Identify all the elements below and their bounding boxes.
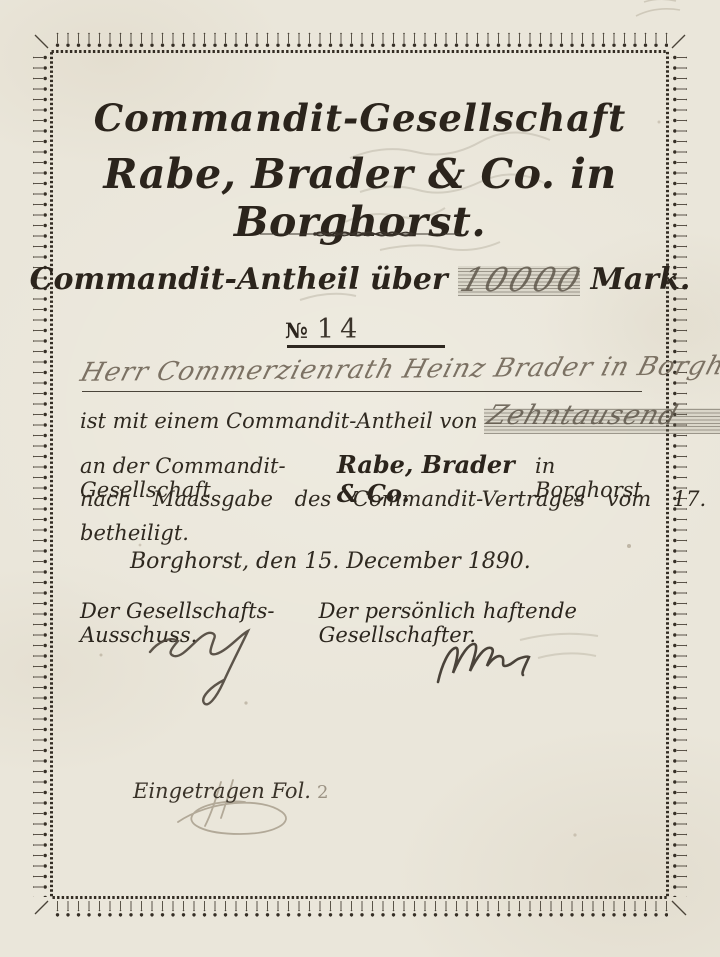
- registration-note: Eingetragen Fol.2: [133, 779, 328, 803]
- certificate-document: Commandit-Gesellschaft Rabe, Brader & Co…: [0, 0, 720, 957]
- registration-label: Eingetragen Fol.: [133, 779, 311, 803]
- registration-folio: 2: [311, 782, 328, 803]
- signatures: [0, 0, 720, 957]
- committee-signature: [150, 631, 248, 704]
- partner-signature: [438, 644, 529, 682]
